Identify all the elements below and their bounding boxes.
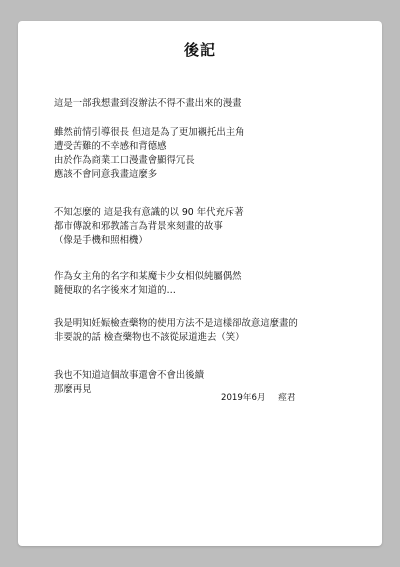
signature-author: 痙君: [278, 393, 295, 403]
paragraph-1: 這是一部我想畫到沒辦法不得不畫出來的漫畫: [54, 97, 242, 111]
signature-date: 2019年6月: [221, 393, 266, 403]
page-title: 後記: [18, 39, 382, 60]
text-line: 非要說的話 檢查藥物也不該從尿道進去（笑）: [54, 331, 298, 345]
text-line: （像是手機和照相機）: [54, 234, 244, 248]
paragraph-5: 我是明知妊娠檢查藥物的使用方法不是這樣卻故意這麼畫的 非要說的話 檢查藥物也不該…: [54, 317, 298, 345]
signature: 2019年6月 痙君: [221, 391, 295, 403]
paragraph-6: 我也不知道這個故事還會不會出後續 那麼再見: [54, 369, 204, 397]
afterword-page: 後記 這是一部我想畫到沒辦法不得不畫出來的漫畫 雖然前情引導很長 但這是為了更加…: [18, 21, 382, 546]
text-line: 我也不知道這個故事還會不會出後續: [54, 369, 204, 383]
text-line: 我是明知妊娠檢查藥物的使用方法不是這樣卻故意這麼畫的: [54, 317, 298, 331]
paragraph-2: 雖然前情引導很長 但這是為了更加襯托出主角 遭受苦難的不幸感和背德感 由於作為商…: [54, 126, 244, 182]
paragraph-3: 不知怎麼的 這是我有意識的以 90 年代充斥著 都市傳說和邪教謠言為背景來刻畫的…: [54, 206, 244, 248]
text-line: 都市傳說和邪教謠言為背景來刻畫的故事: [54, 220, 244, 234]
text-line: 遭受苦難的不幸感和背德感: [54, 140, 244, 154]
text-line: 不知怎麼的 這是我有意識的以 90 年代充斥著: [54, 206, 244, 220]
text-line: 那麼再見: [54, 383, 204, 397]
text-line: 應該不會同意我畫這麼多: [54, 168, 244, 182]
text-line: 隨便取的名字後來才知道的…: [54, 284, 242, 298]
text-line: 這是一部我想畫到沒辦法不得不畫出來的漫畫: [54, 97, 242, 111]
text-line: 由於作為商業工口漫畫會顯得冗長: [54, 154, 244, 168]
paragraph-4: 作為女主角的名字和某魔卡少女相似純屬偶然 隨便取的名字後來才知道的…: [54, 270, 242, 298]
text-line: 雖然前情引導很長 但這是為了更加襯托出主角: [54, 126, 244, 140]
text-line: 作為女主角的名字和某魔卡少女相似純屬偶然: [54, 270, 242, 284]
